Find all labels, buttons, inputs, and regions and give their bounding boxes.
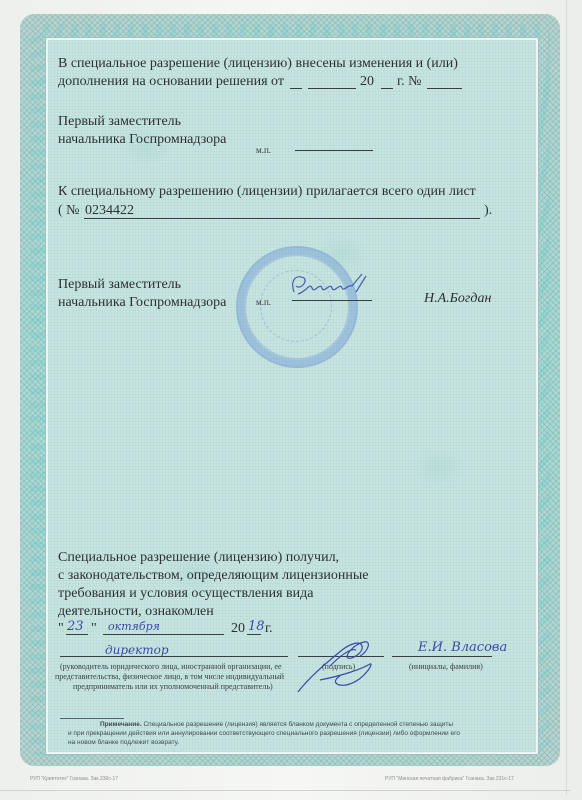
blank-day-line (290, 88, 302, 89)
position-line (60, 656, 288, 657)
official-signature (286, 270, 376, 302)
note-label: Примечание. (100, 721, 142, 728)
date-month: октября (108, 620, 160, 633)
date-year-prefix: 20 (231, 620, 245, 637)
receipt-line-4: деятельности, ознакомлен (58, 603, 214, 620)
attachment-number-value: 0234422 (85, 202, 134, 219)
date-year-unit: г. (265, 620, 273, 637)
signature-stamp-label: м.п. (256, 297, 271, 308)
name-caption: (инициалы, фамилия) (409, 661, 483, 672)
signer-title-2: начальника Госпромнадзора (58, 294, 226, 311)
amendment-year-prefix: 20 (360, 73, 374, 90)
amendment-stamp-label: м.п. (256, 145, 271, 156)
amendment-number-label: г. № (397, 73, 422, 90)
note-line-3: на новом бланке подлежит возврату. (68, 739, 179, 747)
attachment-number-line (84, 218, 480, 219)
date-day-line (66, 634, 88, 635)
date-month-line (103, 634, 224, 635)
blank-year-line (381, 88, 393, 89)
signer-title-1: Первый заместитель (58, 276, 181, 293)
note-line-2: и при прекращении действия или аннулиров… (68, 730, 460, 738)
page-edge (566, 0, 567, 795)
attachment-number-suffix: ). (484, 202, 492, 219)
recipient-signature (290, 636, 390, 696)
note-text-1: Специальное разрешение (лицензия) являет… (143, 721, 453, 728)
amendment-line-2-prefix: дополнения на основании решения от (58, 73, 284, 90)
date-open-quote: " (58, 620, 64, 637)
signer-name: Н.А.Богдан (424, 290, 491, 307)
official-stamp (236, 246, 358, 368)
name-handwritten: Е.И. Власова (418, 640, 507, 655)
blank-number-line (427, 88, 462, 89)
date-day: 23 (67, 619, 84, 634)
amendment-signature-line (295, 150, 373, 151)
position-caption-3: предприниматель или их уполномоченный пр… (73, 681, 273, 692)
date-year-suffix: 18 (248, 619, 265, 634)
receipt-line-2: с законодательством, определяющим лиценз… (58, 567, 368, 584)
attachment-line-1: К специальному разрешению (лицензии) при… (58, 183, 476, 200)
attachment-number-prefix: ( № (58, 202, 80, 219)
document-sheet: В специальное разрешение (лицензию) внес… (0, 0, 582, 800)
date-close-quote: " (91, 620, 97, 637)
imprint-right: РУП "Минская печатная фабрика" Гознака. … (385, 776, 514, 782)
position-handwritten: директор (105, 643, 169, 657)
amendment-signer-title-1: Первый заместитель (58, 113, 181, 130)
page-bottom-edge (0, 790, 570, 791)
receipt-line-1: Специальное разрешение (лицензию) получи… (58, 549, 339, 566)
blank-month-line (308, 88, 356, 89)
note-separator (60, 718, 124, 719)
note-line-1: Примечание. Специальное разрешение (лице… (100, 721, 453, 729)
date-year-line (247, 634, 261, 635)
amendment-line-1: В специальное разрешение (лицензию) внес… (58, 55, 458, 72)
name-line (392, 656, 492, 657)
imprint-left: РУП "Криптотех" Гознака. Зак.230с-17 (30, 776, 118, 782)
receipt-line-3: требования и условия осуществления вида (58, 585, 313, 602)
amendment-signer-title-2: начальника Госпромнадзора (58, 131, 226, 148)
